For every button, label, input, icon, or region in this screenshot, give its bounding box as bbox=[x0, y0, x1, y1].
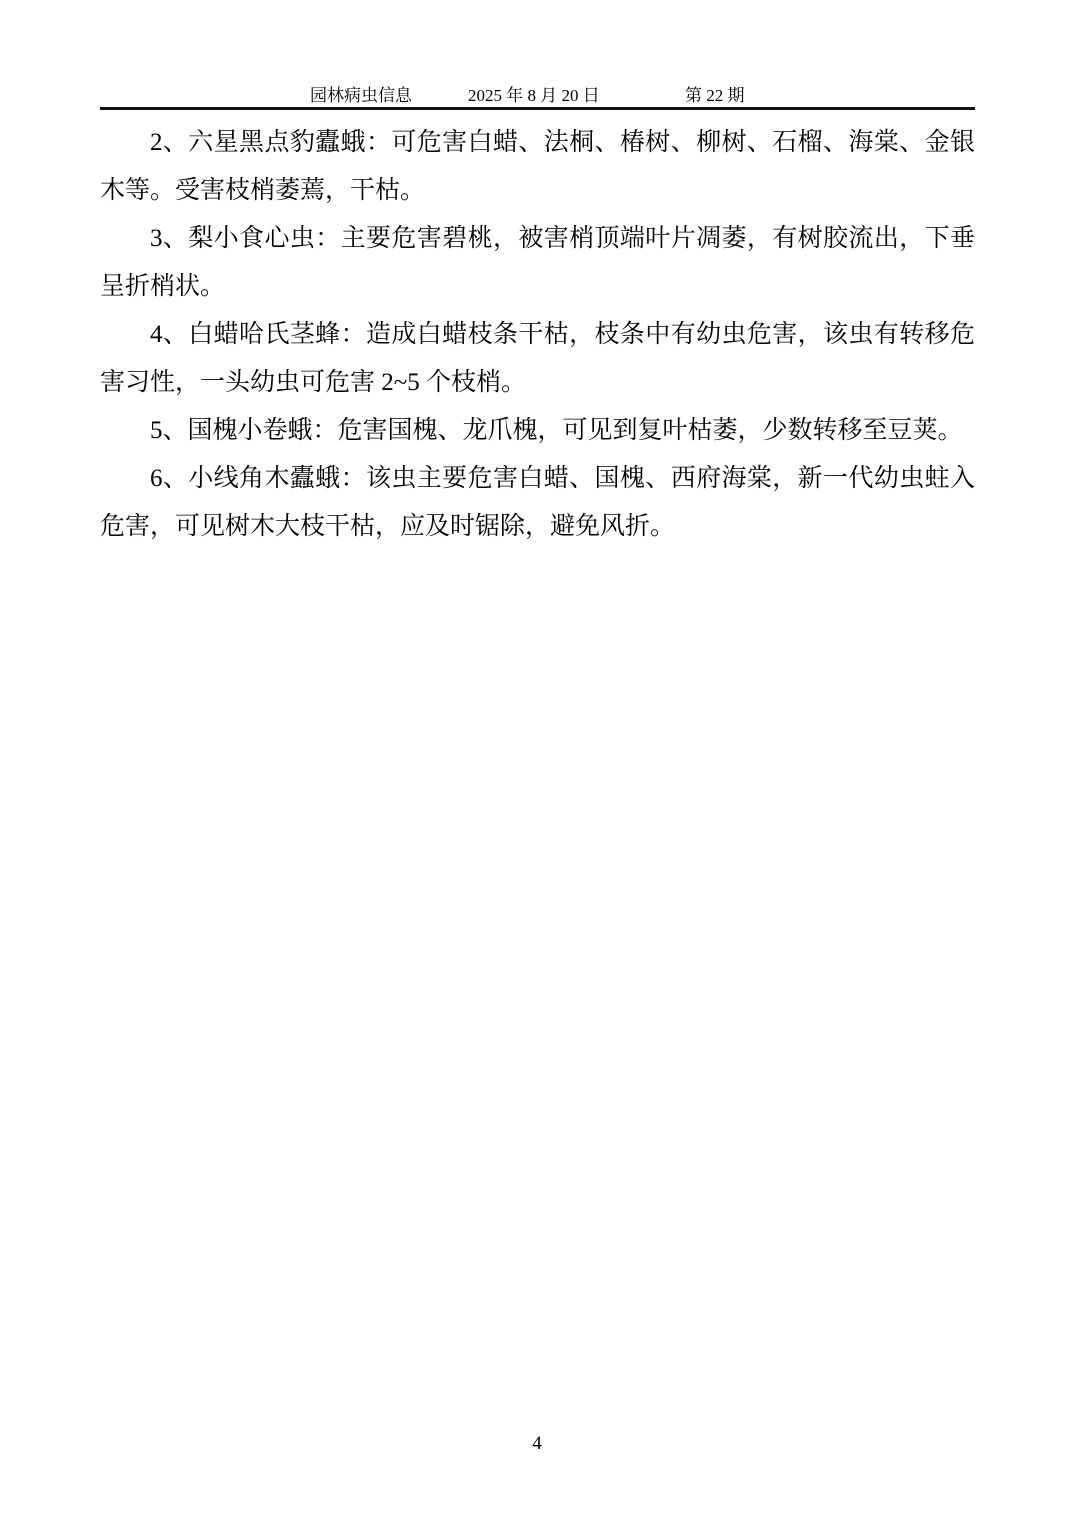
document-page: 园林病虫信息 2025 年 8 月 20 日 第 22 期 2、六星黑点豹蠹蛾：… bbox=[0, 0, 1074, 1520]
header-divider-line bbox=[100, 107, 975, 110]
page-number: 4 bbox=[532, 1433, 542, 1454]
paragraph-line: 呈折梢状。 bbox=[100, 263, 975, 311]
header-date: 2025 年 8 月 20 日 bbox=[468, 86, 600, 106]
paragraph-line: 6、小线角木蠹蛾：该虫主要危害白蜡、国槐、西府海棠，新一代幼虫蛀入 bbox=[100, 455, 975, 503]
paragraph-item-2: 2、六星黑点豹蠹蛾：可危害白蜡、法桐、椿树、柳树、石榴、海棠、金银 木等。受害枝… bbox=[100, 119, 975, 215]
paragraph-line: 害习性，一头幼虫可危害 2~5 个枝梢。 bbox=[100, 359, 975, 407]
paragraph-item-6: 6、小线角木蠹蛾：该虫主要危害白蜡、国槐、西府海棠，新一代幼虫蛀入 危害，可见树… bbox=[100, 455, 975, 551]
header-title: 园林病虫信息 bbox=[310, 86, 412, 106]
paragraph-line: 木等。受害枝梢萎蔫，干枯。 bbox=[100, 167, 975, 215]
paragraph-item-3: 3、梨小食心虫：主要危害碧桃，被害梢顶端叶片凋萎，有树胶流出，下垂 呈折梢状。 bbox=[100, 215, 975, 311]
document-body: 2、六星黑点豹蠹蛾：可危害白蜡、法桐、椿树、柳树、石榴、海棠、金银 木等。受害枝… bbox=[100, 119, 975, 551]
paragraph-item-5: 5、国槐小卷蛾：危害国槐、龙爪槐，可见到复叶枯萎，少数转移至豆荚。 bbox=[100, 407, 975, 455]
page-footer: 4 bbox=[0, 1433, 1074, 1455]
paragraph-line: 5、国槐小卷蛾：危害国槐、龙爪槐，可见到复叶枯萎，少数转移至豆荚。 bbox=[100, 407, 975, 455]
paragraph-line: 3、梨小食心虫：主要危害碧桃，被害梢顶端叶片凋萎，有树胶流出，下垂 bbox=[100, 215, 975, 263]
paragraph-item-4: 4、白蜡哈氏茎蜂：造成白蜡枝条干枯，枝条中有幼虫危害，该虫有转移危 害习性，一头… bbox=[100, 311, 975, 407]
paragraph-line: 4、白蜡哈氏茎蜂：造成白蜡枝条干枯，枝条中有幼虫危害，该虫有转移危 bbox=[100, 311, 975, 359]
paragraph-line: 危害，可见树木大枝干枯，应及时锯除，避免风折。 bbox=[100, 503, 975, 551]
paragraph-line: 2、六星黑点豹蠹蛾：可危害白蜡、法桐、椿树、柳树、石榴、海棠、金银 bbox=[100, 119, 975, 167]
header-issue-number: 第 22 期 bbox=[685, 86, 745, 106]
